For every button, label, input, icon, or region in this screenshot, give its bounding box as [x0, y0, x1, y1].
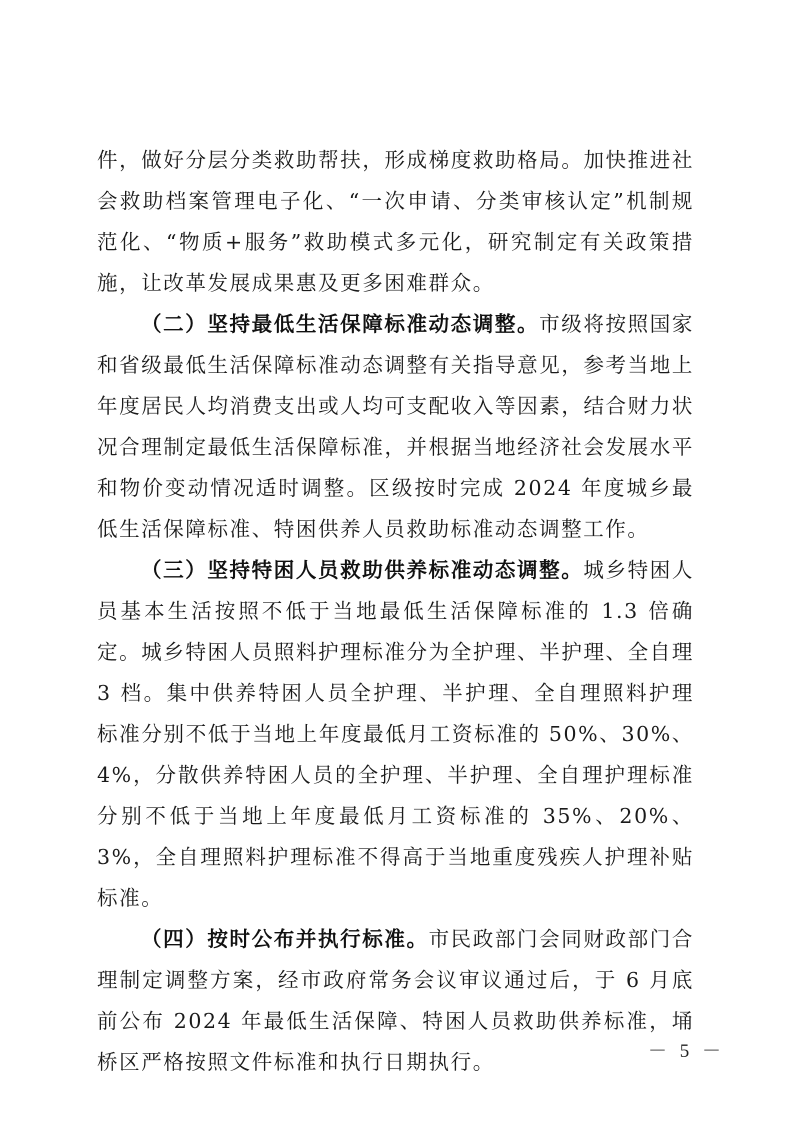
document-body: 件，做好分层分类救助帮扶，形成梯度救助格局。加快推进社会救助档案管理电子化、“一… — [97, 140, 694, 1083]
section-heading: （三）坚持特困人员救助供养标准动态调整。 — [141, 558, 583, 582]
paragraph-section-4: （四）按时公布并执行标准。市民政部门会同财政部门合理制定调整方案，经市政府常务会… — [97, 919, 694, 1083]
paragraph-section-3: （三）坚持特困人员救助供养标准动态调整。城乡特困人员基本生活按照不低于当地最低生… — [97, 550, 694, 919]
section-heading: （二）坚持最低生活保障标准动态调整。 — [141, 312, 539, 336]
paragraph-text: 城乡特困人员基本生活按照不低于当地最低生活保障标准的 1.3 倍确定。城乡特困人… — [97, 558, 694, 910]
page-number: － 5 － — [648, 1036, 725, 1063]
paragraph-continuation: 件，做好分层分类救助帮扶，形成梯度救助格局。加快推进社会救助档案管理电子化、“一… — [97, 140, 694, 304]
section-heading: （四）按时公布并执行标准。 — [141, 927, 429, 951]
document-page: 件，做好分层分类救助帮扶，形成梯度救助格局。加快推进社会救助档案管理电子化、“一… — [0, 0, 793, 1122]
paragraph-section-2: （二）坚持最低生活保障标准动态调整。市级将按照国家和省级最低生活保障标准动态调整… — [97, 304, 694, 550]
paragraph-text: 市级将按照国家和省级最低生活保障标准动态调整有关指导意见，参考当地上年度居民人均… — [97, 312, 694, 541]
paragraph-text: 件，做好分层分类救助帮扶，形成梯度救助格局。加快推进社会救助档案管理电子化、“一… — [97, 148, 694, 295]
